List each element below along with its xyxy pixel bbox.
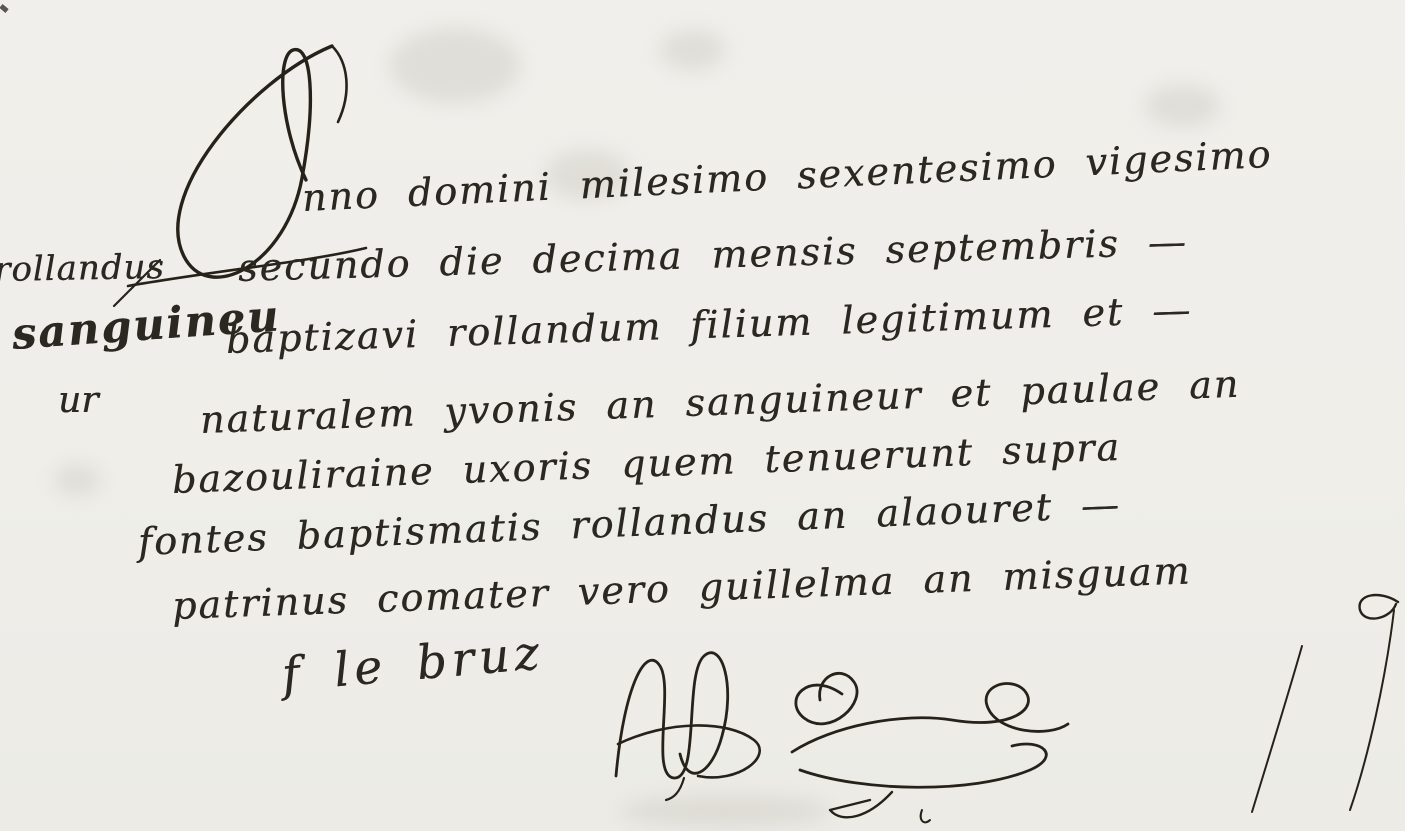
- manuscript-page: rollandus sanguineu ur nno domini milesi…: [0, 0, 1405, 831]
- manuscript-line-7: patrinus comater vero guillelma an misgu…: [171, 548, 1192, 628]
- signature-name: f le bruz: [280, 625, 547, 703]
- margin-note-child-name: rollandus: [0, 247, 165, 290]
- manuscript-line-3: baptizavi rollandum filium legitimum et …: [225, 288, 1193, 362]
- paper-smudge: [390, 28, 520, 103]
- witness-signature-scribble: [772, 642, 1092, 827]
- signature-paraph-knot: [588, 626, 778, 801]
- right-edge-flourish-stroke: [1320, 588, 1405, 818]
- paper-smudge: [55, 465, 100, 495]
- paper-smudge: [1145, 85, 1220, 127]
- paper-speck: [0, 4, 9, 13]
- paper-smudge: [660, 30, 725, 70]
- manuscript-line-1: nno domini milesimo sexentesimo vigesimo: [301, 132, 1273, 220]
- margin-note-surname-continued: ur: [58, 380, 98, 421]
- manuscript-line-2: secundo die decima mensis septembris —: [237, 219, 1188, 290]
- descender-stroke: [1240, 640, 1310, 820]
